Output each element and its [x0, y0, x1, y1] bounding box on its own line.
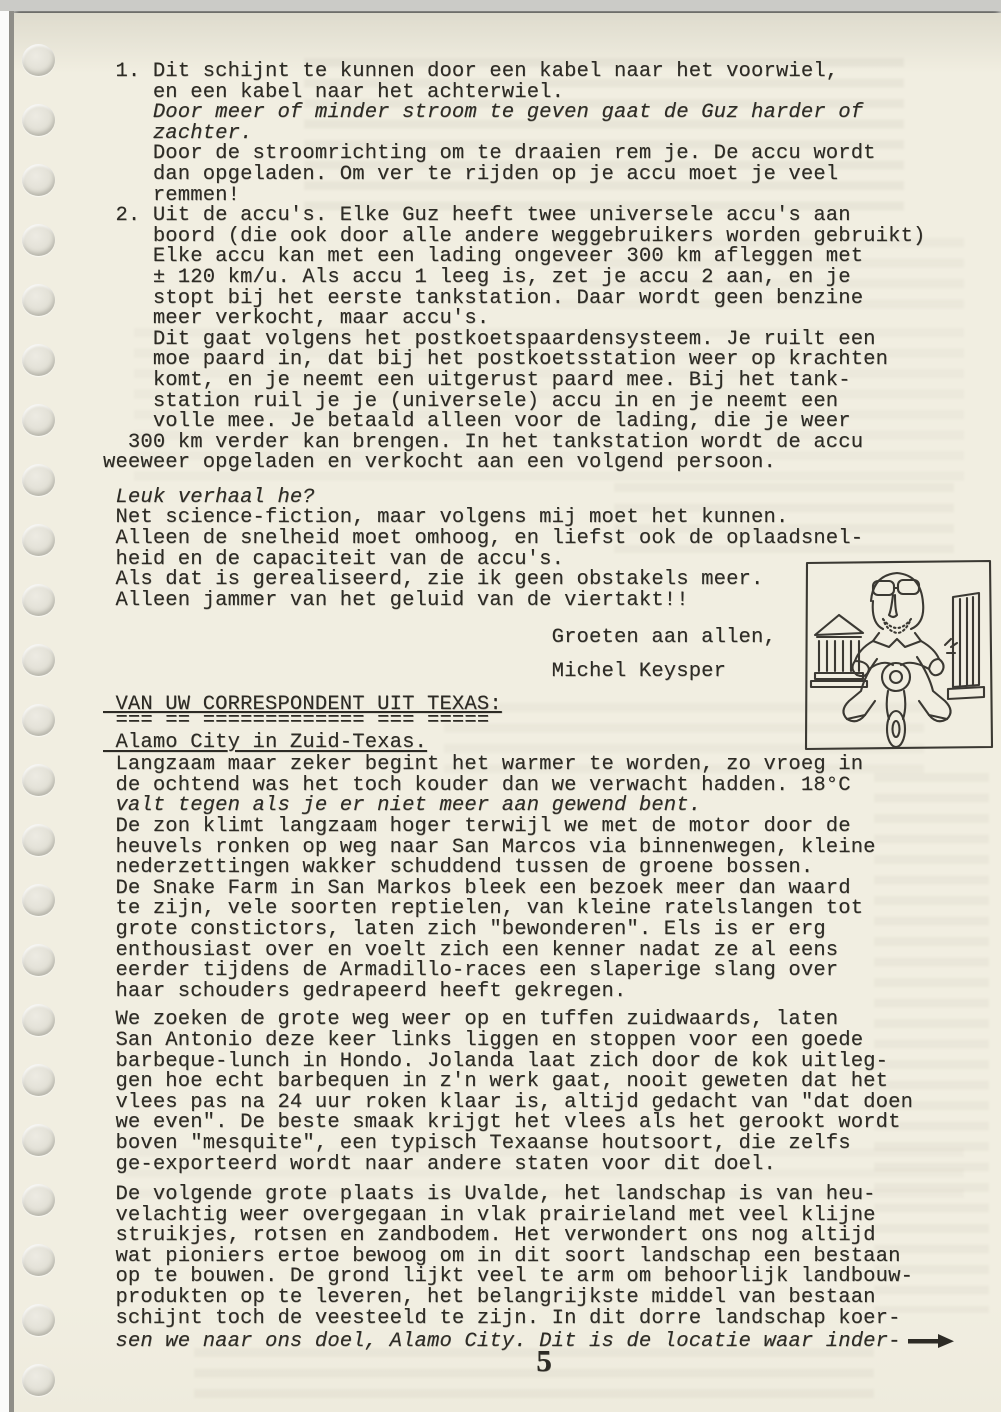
- motorcyclist-cartoon: [793, 549, 1001, 761]
- binding-hole: [22, 824, 55, 856]
- scan-left-shadow: [9, 0, 14, 1412]
- texas-paragraph-3: De volgende grote plaats is Uvalde, het …: [103, 1185, 983, 1329]
- binding-hole: [22, 344, 55, 376]
- binding-hole: [22, 644, 55, 676]
- binding-hole: [22, 104, 55, 136]
- binding-hole: [22, 1064, 55, 1096]
- motorcyclist-cartoon-drawing: [793, 549, 1001, 761]
- texas-paragraph-1-cont: De zon klimt langzaam hoger terwijl we m…: [103, 817, 983, 1002]
- binding-hole: [22, 464, 55, 496]
- binding-hole: [22, 1184, 55, 1216]
- binding-hole: [22, 584, 55, 616]
- page-number: 5: [514, 1343, 574, 1379]
- rider-figure: [843, 573, 957, 747]
- binding-hole: [22, 884, 55, 916]
- binding-hole: [22, 1304, 55, 1336]
- binding-hole: [22, 1244, 55, 1276]
- scanned-newsletter-page: 1. Dit schijnt te kunnen door een kabel …: [14, 13, 1001, 1412]
- binding-hole: [22, 944, 55, 976]
- texas-paragraph-3-italic: sen we naar ons doel, Alamo City. Dit is…: [103, 1332, 901, 1353]
- list-item-2-text: 2. Uit de accu's. Elke Guz heeft twee un…: [103, 206, 983, 474]
- binding-hole: [22, 284, 55, 316]
- binding-hole: [22, 1364, 55, 1396]
- binding-hole: [22, 164, 55, 196]
- scan-top-edge: [0, 0, 1001, 11]
- binding-hole: [22, 404, 55, 436]
- binding-hole: [22, 44, 55, 76]
- list-item-1-text-cont: Door de stroomrichting om te draaien rem…: [103, 144, 983, 206]
- binding-hole: [22, 224, 55, 256]
- binding-hole: [22, 1004, 55, 1036]
- texas-paragraph-1-italic: valt tegen als je er niet meer aan gewen…: [103, 796, 983, 817]
- outro-italic-line: Leuk verhaal he?: [103, 488, 983, 509]
- right-arrow-icon: [907, 1333, 955, 1356]
- texas-paragraph-2: We zoeken de grote weg weer op en tuffen…: [103, 1010, 983, 1175]
- scan-left-edge: [0, 0, 9, 1412]
- list-item-1-text: 1. Dit schijnt te kunnen door een kabel …: [103, 62, 983, 103]
- list-item-1-italic-text: Door meer of minder stroom te geven gaat…: [103, 103, 983, 144]
- texas-paragraph-1: Langzaam maar zeker begint het warmer te…: [103, 755, 983, 796]
- binding-hole: [22, 1124, 55, 1156]
- binding-hole: [22, 764, 55, 796]
- binding-hole: [22, 704, 55, 736]
- binding-hole: [22, 524, 55, 556]
